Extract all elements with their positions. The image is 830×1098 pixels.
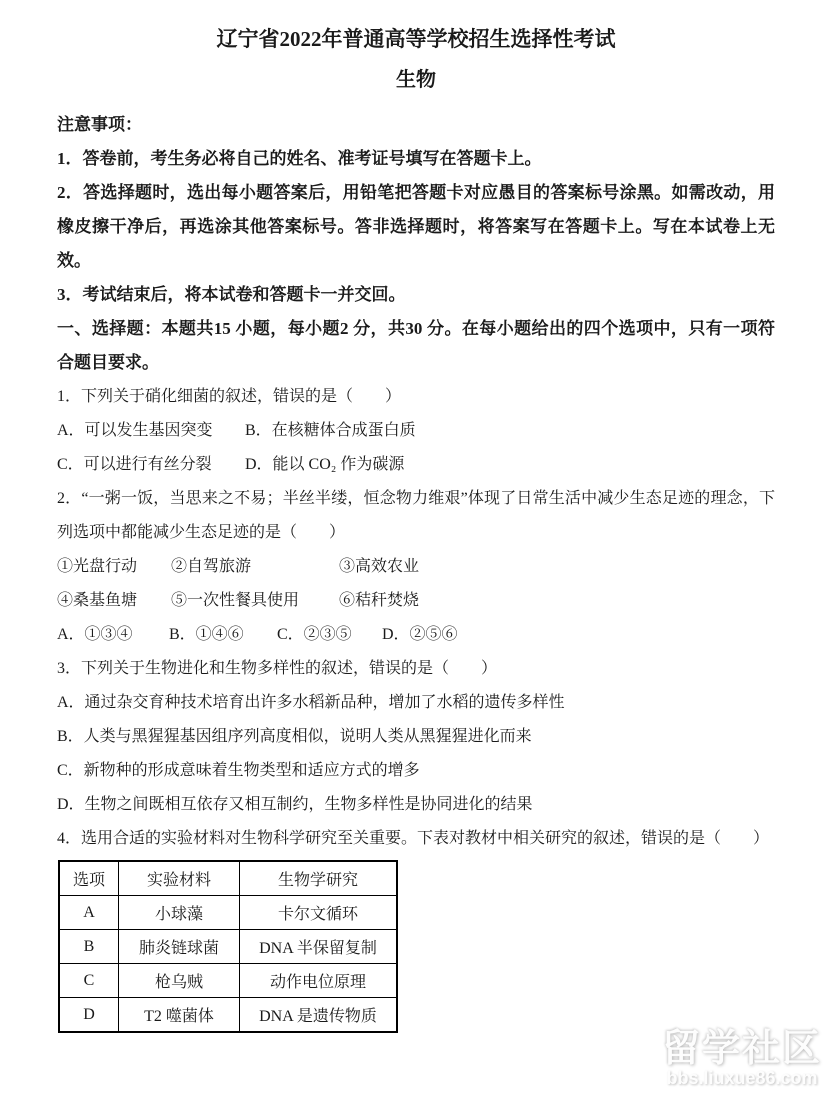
table-cell: B <box>59 930 119 964</box>
question-2-option-d: D．②⑤⑥ <box>382 618 458 652</box>
question-2-option-c: C．②③⑤ <box>277 618 382 652</box>
question-1-option-b: B．在核糖体合成蛋白质 <box>245 414 416 448</box>
table-cell: 小球藻 <box>119 896 240 930</box>
watermark: 留学社区 bbs.liuxue86.com <box>662 1030 822 1088</box>
materials-table: 选项 实验材料 生物学研究 A 小球藻 卡尔文循环 B 肺炎链球菌 DNA 半保… <box>58 860 398 1033</box>
table-header-research: 生物学研究 <box>240 861 398 896</box>
notice-item-3: 3．考试结束后，将本试卷和答题卡一并交回。 <box>57 278 775 312</box>
question-4-stem: 4．选用合适的实验材料对生物科学研究至关重要。下表对教材中相关研究的叙述，错误的… <box>57 822 775 856</box>
table-row-b: B 肺炎链球菌 DNA 半保留复制 <box>59 930 397 964</box>
watermark-title: 留学社区 <box>662 1030 822 1068</box>
table-cell: DNA 是遗传物质 <box>240 998 398 1033</box>
table-cell: C <box>59 964 119 998</box>
table-row-a: A 小球藻 卡尔文循环 <box>59 896 397 930</box>
table-cell: 动作电位原理 <box>240 964 398 998</box>
table-row-d: D T2 噬菌体 DNA 是遗传物质 <box>59 998 397 1033</box>
question-1-stem: 1．下列关于硝化细菌的叙述，错误的是（ ） <box>57 380 775 414</box>
notice-item-1: 1．答卷前，考生务必将自己的姓名、准考证号填写在答题卡上。 <box>57 142 775 176</box>
question-2-item-3: ③高效农业 <box>339 550 419 584</box>
question-3-option-a: A．通过杂交育种技术培育出许多水稻新品种，增加了水稻的遗传多样性 <box>57 686 775 720</box>
question-1-option-a: A．可以发生基因突变 <box>57 414 245 448</box>
question-2-item-2: ②自驾旅游 <box>171 550 339 584</box>
exam-title: 辽宁省2022年普通高等学校招生选择性考试 <box>57 24 775 54</box>
table-row-c: C 枪乌贼 动作电位原理 <box>59 964 397 998</box>
question-2-option-b: B．①④⑥ <box>169 618 277 652</box>
table-header-material: 实验材料 <box>119 861 240 896</box>
table-header-row: 选项 实验材料 生物学研究 <box>59 861 397 896</box>
question-3-stem: 3．下列关于生物进化和生物多样性的叙述，错误的是（ ） <box>57 652 775 686</box>
question-2-option-a: A．①③④ <box>57 618 169 652</box>
table-header-option: 选项 <box>59 861 119 896</box>
question-2-item-4: ④桑基鱼塘 <box>57 584 171 618</box>
question-1-option-c: C．可以进行有丝分裂 <box>57 448 245 482</box>
question-2-stem: 2．“一粥一饭，当思来之不易；半丝半缕，恒念物力维艰”体现了日常生活中减少生态足… <box>57 482 775 550</box>
table-cell: 卡尔文循环 <box>240 896 398 930</box>
question-2-items-row-1: ①光盘行动 ②自驾旅游 ③高效农业 <box>57 550 775 584</box>
notice-item-2: 2．答选择题时，选出每小题答案后，用铅笔把答题卡对应愚目的答案标号涂黑。如需改动… <box>57 176 775 278</box>
exam-content: 辽宁省2022年普通高等学校招生选择性考试 生物 注意事项： 1．答卷前，考生务… <box>0 0 830 1033</box>
question-3-option-b: B．人类与黑猩猩基因组序列高度相似，说明人类从黑猩猩进化而来 <box>57 720 775 754</box>
notices-heading: 注意事项： <box>57 108 775 142</box>
table-cell: 肺炎链球菌 <box>119 930 240 964</box>
table-cell: A <box>59 896 119 930</box>
section-heading: 一、选择题：本题共15 小题，每小题2 分，共30 分。在每小题给出的四个选项中… <box>57 312 775 380</box>
table-cell: 枪乌贼 <box>119 964 240 998</box>
table-cell: DNA 半保留复制 <box>240 930 398 964</box>
exam-subject: 生物 <box>57 66 775 94</box>
table-cell: D <box>59 998 119 1033</box>
question-3-option-c: C．新物种的形成意味着生物类型和适应方式的增多 <box>57 754 775 788</box>
question-1-options-row-2: C．可以进行有丝分裂 D．能以 CO₂ 作为碳源 <box>57 448 775 482</box>
table-cell: T2 噬菌体 <box>119 998 240 1033</box>
question-1-option-d: D．能以 CO₂ 作为碳源 <box>245 448 404 482</box>
question-1-options-row-1: A．可以发生基因突变 B．在核糖体合成蛋白质 <box>57 414 775 448</box>
question-2-options-row: A．①③④ B．①④⑥ C．②③⑤ D．②⑤⑥ <box>57 618 775 652</box>
question-2-item-1: ①光盘行动 <box>57 550 171 584</box>
watermark-url: bbs.liuxue86.com <box>662 1068 822 1088</box>
question-2-item-6: ⑥秸秆焚烧 <box>339 584 419 618</box>
question-3-option-d: D．生物之间既相互依存又相互制约，生物多样性是协同进化的结果 <box>57 788 775 822</box>
exam-paper-page: 辽宁省2022年普通高等学校招生选择性考试 生物 注意事项： 1．答卷前，考生务… <box>0 0 830 1098</box>
question-2-items-row-2: ④桑基鱼塘 ⑤一次性餐具使用 ⑥秸秆焚烧 <box>57 584 775 618</box>
question-2-item-5: ⑤一次性餐具使用 <box>171 584 339 618</box>
